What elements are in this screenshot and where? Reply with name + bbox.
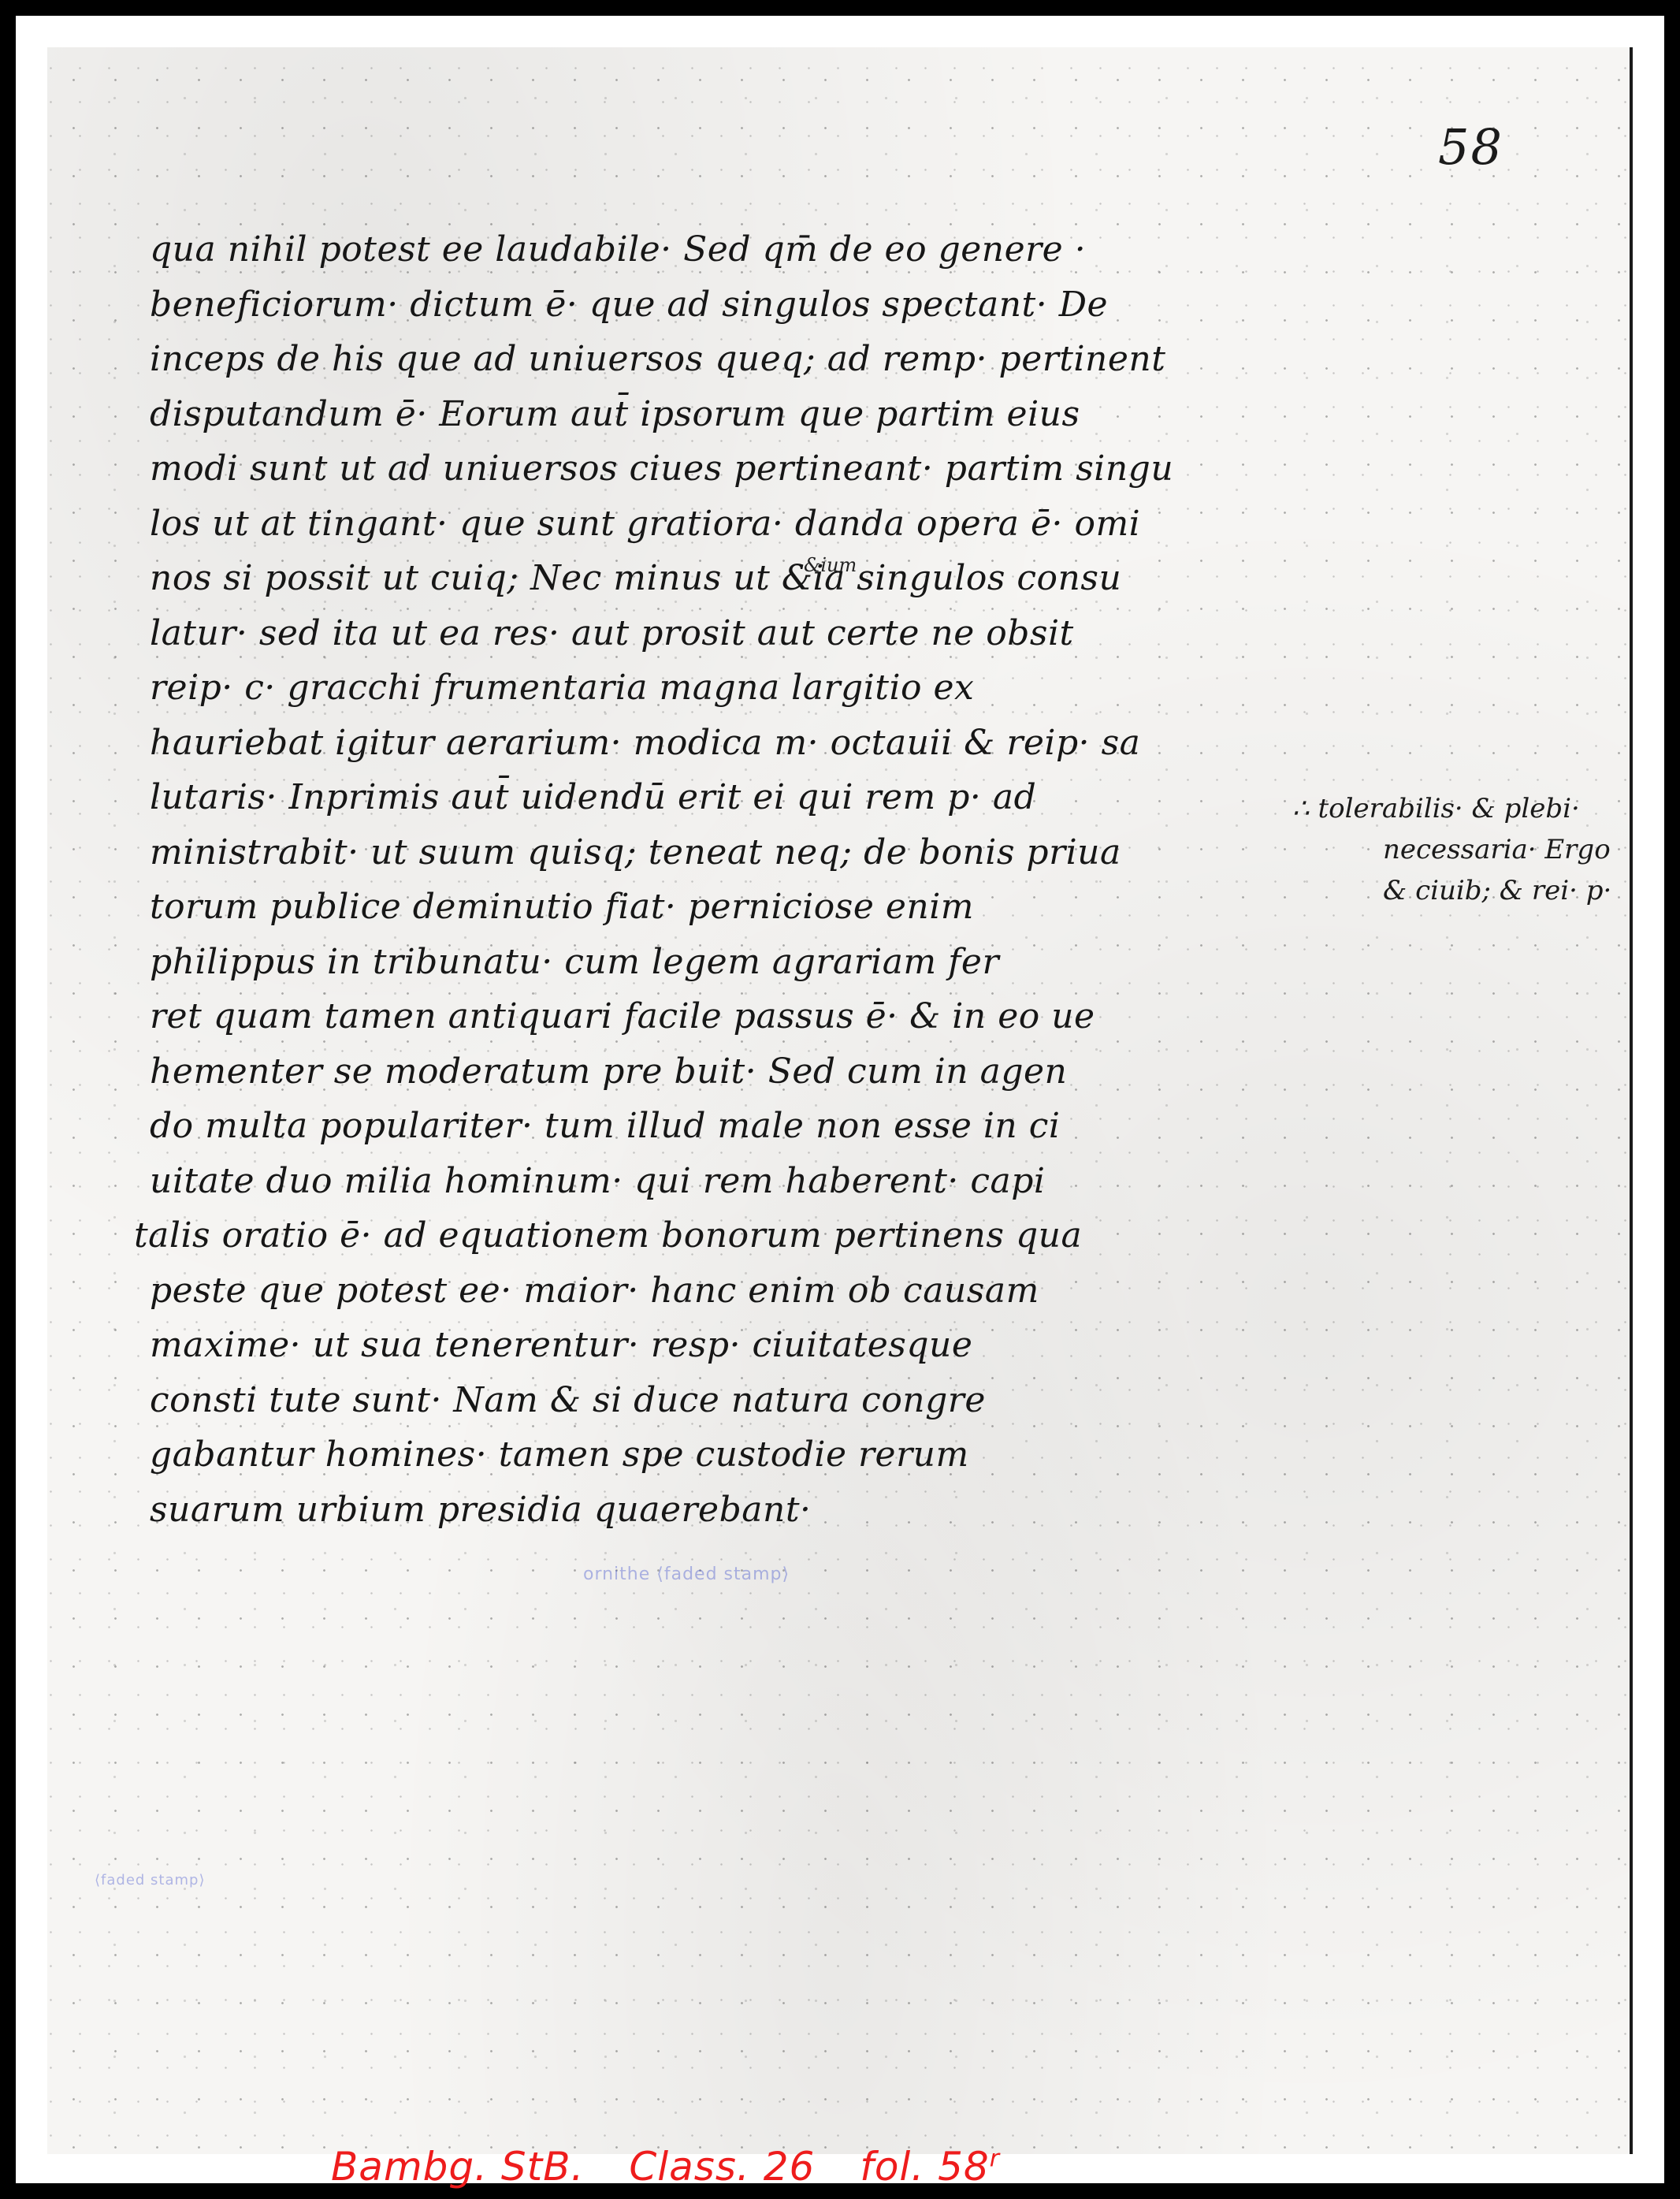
- faded-stamp-trace: ornithe ⟨faded stamp⟩: [583, 1565, 790, 1584]
- text-line: los ut at tingant· que sunt gratiora· da…: [150, 497, 1347, 552]
- text-line: ret quam tamen antiquari facile passus ē…: [150, 989, 1347, 1044]
- shelfmark-side: r: [990, 2145, 1000, 2172]
- text-line: maxime· ut sua tenerentur· resp· ciuitat…: [150, 1318, 1347, 1373]
- text-line: beneficiorum· dictum ē· que ad singulos …: [150, 277, 1347, 333]
- text-line: modi sunt ut ad uniuersos ciues pertinea…: [150, 441, 1347, 497]
- text-line: disputandum ē· Eorum aut̄ ipsorum que pa…: [150, 387, 1347, 442]
- text-line: nos si possit ut cuiq; Nec minus ut &ia …: [150, 551, 1347, 606]
- faded-stamp-trace: ⟨faded stamp⟩: [95, 1872, 206, 1888]
- text-line: peste que potest ee· maior· hanc enim ob…: [150, 1263, 1347, 1319]
- margin-note-line: necessaria· Ergo: [1292, 829, 1639, 870]
- text-line: gabantur homines· tamen spe custodie rer…: [150, 1427, 1347, 1483]
- margin-note: ∴ tolerabilis· & plebi· necessaria· Ergo…: [1292, 788, 1639, 911]
- text-line: torum publice deminutio fiat· perniciose…: [150, 880, 1347, 935]
- text-line: hementer se moderatum pre buit· Sed cum …: [150, 1044, 1347, 1099]
- text-line: talis oratio ē· ad equationem bonorum pe…: [134, 1208, 1347, 1263]
- text-line: suarum urbium presidia quaerebant·: [150, 1483, 1347, 1538]
- text-line: qua nihil potest ee laudabile· Sed qm̄ d…: [150, 222, 1347, 277]
- shelfmark-library: Bambg. StB.: [331, 2144, 584, 2190]
- text-line: latur· sed ita ut ea res· aut prosit aut…: [150, 606, 1347, 661]
- text-line: lutaris· Inprimis aut̄ uidendū erit ei q…: [150, 770, 1347, 825]
- margin-note-line: ∴ tolerabilis· & plebi·: [1292, 788, 1639, 829]
- folio-number: 58: [1438, 118, 1503, 176]
- text-line: philippus in tribunatu· cum legem agrari…: [150, 935, 1347, 990]
- text-line: consti tute sunt· Nam & si duce natura c…: [150, 1373, 1347, 1428]
- shelfmark-label: Bambg. StB. Class. 26 fol. 58r: [331, 2144, 1031, 2190]
- text-line: reip· c· gracchi frumentaria magna largi…: [150, 660, 1347, 716]
- shelfmark-collection: Class. 26: [629, 2144, 815, 2190]
- scan-frame: 58 &ium qua nihil potest ee laudabile· S…: [16, 16, 1664, 2183]
- margin-note-line: & ciuib; & rei· p·: [1292, 870, 1639, 911]
- text-line: uitate duo milia hominum· qui rem habere…: [150, 1154, 1347, 1209]
- text-line: hauriebat igitur aerarium· modica m· oct…: [150, 716, 1347, 771]
- text-line: ministrabit· ut suum quisq; teneat neq; …: [150, 825, 1347, 880]
- text-line: inceps de his que ad uniuersos queq; ad …: [150, 332, 1347, 387]
- text-line: do multa populariter· tum illud male non…: [150, 1099, 1347, 1154]
- shelfmark-folio: fol. 58r: [860, 2144, 1000, 2190]
- main-text-block: qua nihil potest ee laudabile· Sed qm̄ d…: [150, 222, 1347, 1537]
